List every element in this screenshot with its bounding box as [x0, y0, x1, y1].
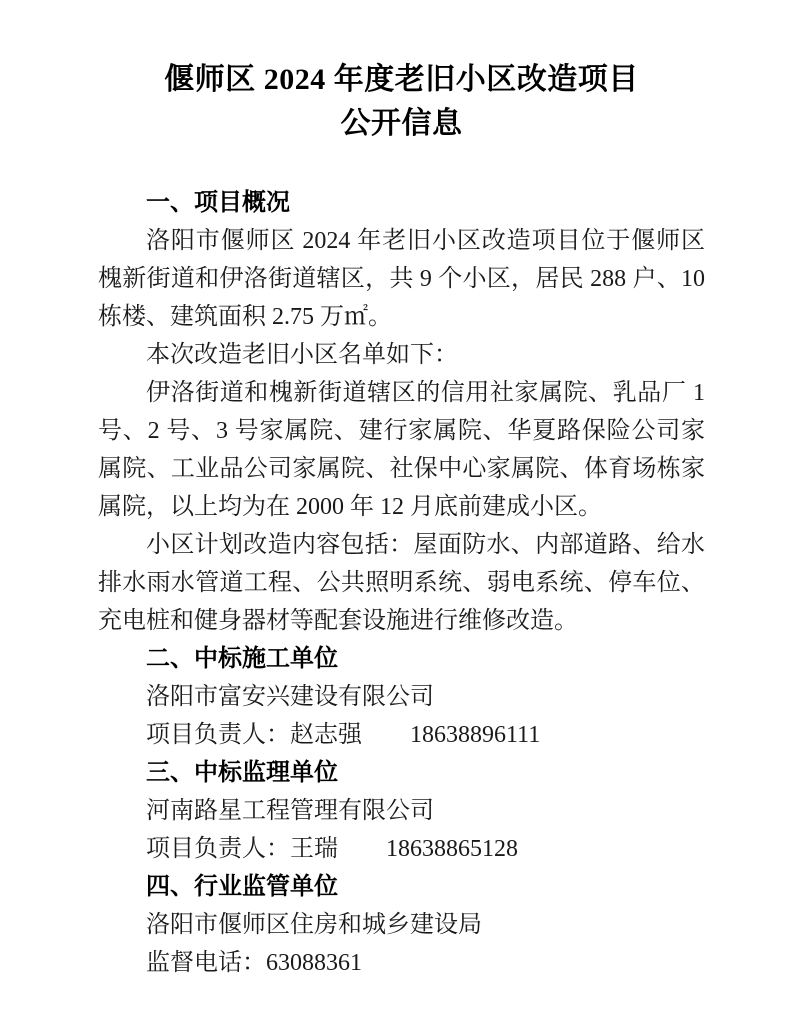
title-line-2: 公开信息: [98, 102, 705, 146]
paragraph-regulatory-agency: 洛阳市偃师区住房和城乡建设局: [98, 906, 705, 944]
paragraph-construction-contact: 项目负责人：赵志强 18638896111: [98, 716, 705, 754]
paragraph-overview-4: 小区计划改造内容包括：屋面防水、内部道路、给水排水雨水管道工程、公共照明系统、弱…: [98, 526, 705, 640]
section-heading-overview: 一、项目概况: [98, 184, 705, 222]
title-line-1: 偃师区 2024 年度老旧小区改造项目: [98, 58, 705, 102]
document-page: 偃师区 2024 年度老旧小区改造项目 公开信息 一、项目概况 洛阳市偃师区 2…: [0, 0, 793, 1017]
paragraph-supervision-contact: 项目负责人：王瑞 18638865128: [98, 830, 705, 868]
paragraph-construction-company: 洛阳市富安兴建设有限公司: [98, 678, 705, 716]
document-body: 一、项目概况 洛阳市偃师区 2024 年老旧小区改造项目位于偃师区槐新街道和伊洛…: [98, 184, 705, 982]
section-heading-construction-unit: 二、中标施工单位: [98, 640, 705, 678]
section-heading-regulatory-unit: 四、行业监管单位: [98, 868, 705, 906]
paragraph-overview-1: 洛阳市偃师区 2024 年老旧小区改造项目位于偃师区槐新街道和伊洛街道辖区，共 …: [98, 222, 705, 336]
section-heading-supervision-unit: 三、中标监理单位: [98, 754, 705, 792]
paragraph-regulatory-phone: 监督电话：63088361: [98, 944, 705, 982]
paragraph-overview-2: 本次改造老旧小区名单如下：: [98, 336, 705, 374]
document-title: 偃师区 2024 年度老旧小区改造项目 公开信息: [98, 58, 705, 146]
paragraph-supervision-company: 河南路星工程管理有限公司: [98, 792, 705, 830]
paragraph-overview-3: 伊洛街道和槐新街道辖区的信用社家属院、乳品厂 1 号、2 号、3 号家属院、建行…: [98, 374, 705, 526]
